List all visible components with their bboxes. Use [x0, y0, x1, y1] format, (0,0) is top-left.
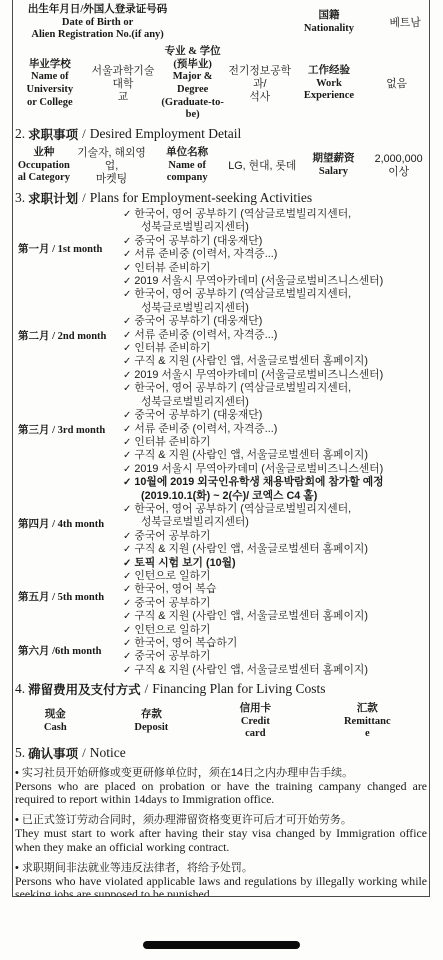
check-icon: ✓ [123, 410, 131, 421]
section-3-title-zh: 求职计划 [28, 189, 78, 207]
section-3-separator: / [82, 190, 86, 206]
month-label: 第一月 / 1st month [13, 208, 123, 288]
section-2-title-en: Desired Employment Detail [90, 126, 241, 142]
month-label: 第二月 / 2nd month [13, 288, 123, 382]
plan-item: ✓ 인턴으로 일하기 [123, 570, 425, 583]
plan-item: ✓ 구직 & 지원 (사람인 앱, 서울글로벌센터 홈페이지) [123, 664, 425, 677]
occupation-value: 기술자, 해외영업, 마켓팅 [75, 147, 149, 186]
university-label: 毕业学校 Name of University or College [13, 59, 87, 109]
check-icon: ✓ [123, 651, 131, 662]
check-icon: ✓ [123, 330, 131, 341]
month-label: 第五月 / 5th month [13, 570, 123, 624]
plan-item: ✓ 인터뷰 준비하기 [123, 342, 425, 355]
month-label: 第三月 / 3rd month [13, 382, 123, 476]
plan-item: ✓ 한국어, 영어 공부하기 (역삼글로벌빌리지센터, 성북글로벌빌리지센터) [123, 382, 425, 409]
salary-value: 2,000,000 이상 [368, 153, 429, 179]
plan-item: ✓ 인터뷰 준비하기 [123, 262, 425, 275]
section-3-title-en: Plans for Employment-seeking Activities [90, 190, 312, 206]
check-icon: ✓ [123, 356, 131, 367]
check-icon: ✓ [123, 544, 131, 555]
work-experience-value: 없음 [364, 78, 429, 91]
section-5-title-en: Notice [90, 745, 126, 761]
deposit-label: 存款 Deposit [98, 709, 205, 734]
check-icon: ✓ [123, 263, 131, 274]
check-icon: ✓ [123, 598, 131, 609]
month-items: ✓ 인턴으로 일하기✓ 한국어, 영어 복습하기✓ 중국어 공부하기✓ 구직 &… [123, 624, 429, 677]
check-icon: ✓ [123, 611, 131, 622]
month-row: 第一月 / 1st month ✓ 한국어, 영어 공부하기 (역삼글로벌빌리지… [13, 208, 429, 288]
phone-screen: { "identity": { "dob_label": "出生年月日/外国人登… [0, 0, 443, 960]
plan-item: ✓ 인터뷰 준비하기 [123, 436, 425, 449]
month-row: 第二月 / 2nd month ✓ 한국어, 영어 공부하기 (역삼글로벌빌리지… [13, 288, 429, 382]
section-2-separator: / [82, 126, 86, 142]
months-container: 第一月 / 1st month ✓ 한국어, 영어 공부하기 (역삼글로벌빌리지… [13, 208, 429, 677]
plan-item: ✓ 서류 준비중 (이력서, 자격증...) [123, 329, 425, 342]
check-icon: ✓ [123, 571, 131, 582]
nationality-label: 国籍 Nationality [277, 10, 382, 35]
check-icon: ✓ [123, 504, 131, 515]
check-icon: ✓ [123, 276, 131, 287]
occupation-label: 业种 Occupation al Category [13, 147, 75, 185]
section-5-header: 5. 确认事项 / Notice [13, 743, 429, 763]
section-3-header: 3. 求职计划 / Plans for Employment-seeking A… [13, 187, 429, 208]
check-icon: ✓ [123, 638, 131, 649]
section-4-header: 4. 滞留费用及支付方式 / Financing Plan for Living… [13, 677, 429, 701]
plan-item: ✓ 서류 준비중 (이력서, 자격증...) [123, 423, 425, 436]
credit-card-label: 信用卡 Credit card [205, 703, 306, 741]
section-2-number: 2. [15, 126, 25, 142]
check-icon: ✓ [123, 209, 131, 220]
plan-item: ✓ 구직 & 지원 (사람인 앱, 서울글로벌센터 홈페이지) [123, 610, 425, 623]
section-4-separator: / [145, 681, 149, 697]
check-icon: ✓ [123, 625, 131, 636]
plan-item: ✓ 한국어, 영어 복습 [123, 583, 425, 596]
section-4-title-zh: 滞留费用及支付方式 [28, 680, 141, 698]
month-row: 第五月 / 5th month ✓ 인턴으로 일하기✓ 한국어, 영어 복습✓ … [13, 570, 429, 624]
notice-text-zh: • 求职期间非法就业等违反法律者，将给予处罚。 [15, 861, 427, 875]
notice-text-en: Persons who are placed on probation or h… [15, 780, 427, 806]
plan-item: ✓ 2019 서울시 무역아카데미 (서울글로벌비즈니스센터) [123, 463, 425, 476]
check-icon: ✓ [123, 437, 131, 448]
section-2-header: 2. 求职事项 / Desired Employment Detail [13, 122, 429, 145]
plan-item: ✓ 한국어, 영어 공부하기 (역삼글로벌빌리지센터, 성북글로벌빌리지센터) [123, 503, 425, 530]
plan-item: ✓ 서류 준비중 (이력서, 자격증...) [123, 248, 425, 261]
company-label: 单位名称 Name of company [148, 147, 226, 185]
notice-item: • 实习社员开始研修或变更研修单位时，须在14日之内办理申告手续。 Person… [15, 766, 427, 806]
plan-item: ✓ 중국어 공부하기 (대웅재단) [123, 315, 425, 328]
plan-item: ✓ 한국어, 영어 복습하기 [123, 637, 425, 650]
remittance-label: 汇款 Remittanc e [306, 703, 429, 741]
month-items: ✓ 한국어, 영어 공부하기 (역삼글로벌빌리지센터, 성북글로벌빌리지센터)✓… [123, 382, 429, 476]
notice-text-en: Persons who have violated applicable law… [15, 875, 427, 897]
plan-item: ✓ 인턴으로 일하기 [123, 624, 425, 637]
nationality-value: 베트남 [381, 17, 429, 30]
check-icon: ✓ [123, 558, 131, 569]
check-icon: ✓ [123, 370, 131, 381]
plan-item: ✓ 한국어, 영어 공부하기 (역삼글로벌빌리지센터, 성북글로벌빌리지센터) [123, 208, 425, 235]
plan-item: ✓ 구직 & 지원 (사람인 앱, 서울글로벌센터 홈페이지) [123, 449, 425, 462]
month-items: ✓ 인턴으로 일하기✓ 한국어, 영어 복습✓ 중국어 공부하기✓ 구직 & 지… [123, 570, 429, 624]
section-5-separator: / [82, 745, 86, 761]
check-icon: ✓ [123, 477, 131, 488]
company-value: LG, 현대, 롯데 [226, 160, 299, 173]
home-indicator-bar[interactable] [143, 941, 300, 949]
major-value: 전기정보공학과/ 석사 [226, 65, 294, 104]
section-2-title-zh: 求职事项 [28, 125, 78, 143]
major-label: 专业 & 学位 (预毕业) Major & Degree (Graduate-t… [159, 46, 226, 122]
notice-container: • 实习社员开始研修或变更研修单位时，须在14日之内办理申告手续。 Person… [13, 763, 429, 897]
plan-item: ✓ 중국어 공부하기 [123, 650, 425, 663]
notice-text-zh: • 已正式签订劳动合同时，须办理滞留资格变更许可后才可开始劳务。 [15, 813, 427, 827]
university-value: 서울과학기술대학 교 [87, 65, 160, 104]
notice-item: • 求职期间非法就业等违反法律者，将给予处罚。 Persons who have… [15, 861, 427, 897]
check-icon: ✓ [123, 343, 131, 354]
notice-item: • 已正式签订劳动合同时，须办理滞留资格变更许可后才可开始劳务。 They mu… [15, 813, 427, 853]
month-label: 第六月 /6th month [13, 624, 123, 677]
plan-item: ✓ 한국어, 영어 공부하기 (역삼글로벌빌리지센터, 성북글로벌빌리지센터) [123, 288, 425, 315]
check-icon: ✓ [123, 316, 131, 327]
check-icon: ✓ [123, 424, 131, 435]
month-items: ✓ 한국어, 영어 공부하기 (역삼글로벌빌리지센터, 성북글로벌빌리지센터)✓… [123, 288, 429, 382]
check-icon: ✓ [123, 464, 131, 475]
plan-item: ✓ 중국어 공부하기 (대웅재단) [123, 235, 425, 248]
plan-item: ✓ 구직 & 지원 (사람인 앱, 서울글로벌센터 홈페이지) [123, 543, 425, 556]
notice-text-en: They must start to work after having the… [15, 827, 427, 853]
section-4-title-en: Financing Plan for Living Costs [152, 681, 325, 697]
check-icon: ✓ [123, 665, 131, 676]
check-icon: ✓ [123, 236, 131, 247]
plan-item: ✓ 중국어 공부하기 [123, 530, 425, 543]
month-items: ✓ 10월에 2019 외국인유학생 채용박람회에 참가할 예정 (2019.1… [123, 476, 429, 570]
month-row: 第六月 /6th month ✓ 인턴으로 일하기✓ 한국어, 영어 복습하기✓… [13, 624, 429, 677]
plan-item: ✓ 중국어 공부하기 [123, 597, 425, 610]
plan-item: ✓ 구직 & 지원 (사람인 앱, 서울글로벌센터 홈페이지) [123, 355, 425, 368]
dob-label: 出生年月日/外国人登录证号码 Date of Birth or Alien Re… [13, 4, 182, 42]
plan-item: ✓ 10월에 2019 외국인유학생 채용박람회에 참가할 예정 (2019.1… [123, 476, 425, 503]
notice-text-zh: • 实习社员开始研修或变更研修单位时，须在14日之内办理申告手续。 [15, 766, 427, 780]
plan-item: ✓ 2019 서울시 무역아카데미 (서울글로벌비즈니스센터) [123, 369, 425, 382]
row-financing: 现金 Cash 存款 Deposit 信用卡 Credit card 汇款 Re… [13, 701, 429, 743]
month-row: 第三月 / 3rd month ✓ 한국어, 영어 공부하기 (역삼글로벌빌리지… [13, 382, 429, 476]
row-employment-detail: 业种 Occupation al Category 기술자, 해외영업, 마켓팅… [13, 145, 429, 187]
section-5-number: 5. [15, 745, 25, 761]
check-icon: ✓ [123, 289, 131, 300]
plan-item: ✓ 중국어 공부하기 (대웅재단) [123, 409, 425, 422]
month-label: 第四月 / 4th month [13, 476, 123, 570]
section-3-number: 3. [15, 190, 25, 206]
check-icon: ✓ [123, 531, 131, 542]
month-row: 第四月 / 4th month ✓ 10월에 2019 외국인유학생 채용박람회… [13, 476, 429, 570]
cash-label: 现金 Cash [13, 709, 98, 734]
check-icon: ✓ [123, 584, 131, 595]
month-items: ✓ 한국어, 영어 공부하기 (역삼글로벌빌리지센터, 성북글로벌빌리지센터)✓… [123, 208, 429, 288]
salary-label: 期望薪资 Salary [299, 153, 369, 178]
row-date-of-birth: 出生年月日/外国人登录证号码 Date of Birth or Alien Re… [13, 0, 429, 46]
document-form: 出生年月日/外国人登录证号码 Date of Birth or Alien Re… [12, 0, 430, 897]
section-5-title-zh: 确认事项 [28, 744, 78, 762]
work-experience-label: 工作经验 Work Experience [294, 65, 365, 103]
plan-item: ✓ 토픽 시험 보기 (10월) [123, 557, 425, 570]
check-icon: ✓ [123, 249, 131, 260]
plan-item: ✓ 2019 서울시 무역아카데미 (서울글로벌비즈니스센터) [123, 275, 425, 288]
section-4-number: 4. [15, 681, 25, 697]
check-icon: ✓ [123, 383, 131, 394]
row-university: 毕业学校 Name of University or College 서울과학기… [13, 46, 429, 122]
check-icon: ✓ [123, 450, 131, 461]
